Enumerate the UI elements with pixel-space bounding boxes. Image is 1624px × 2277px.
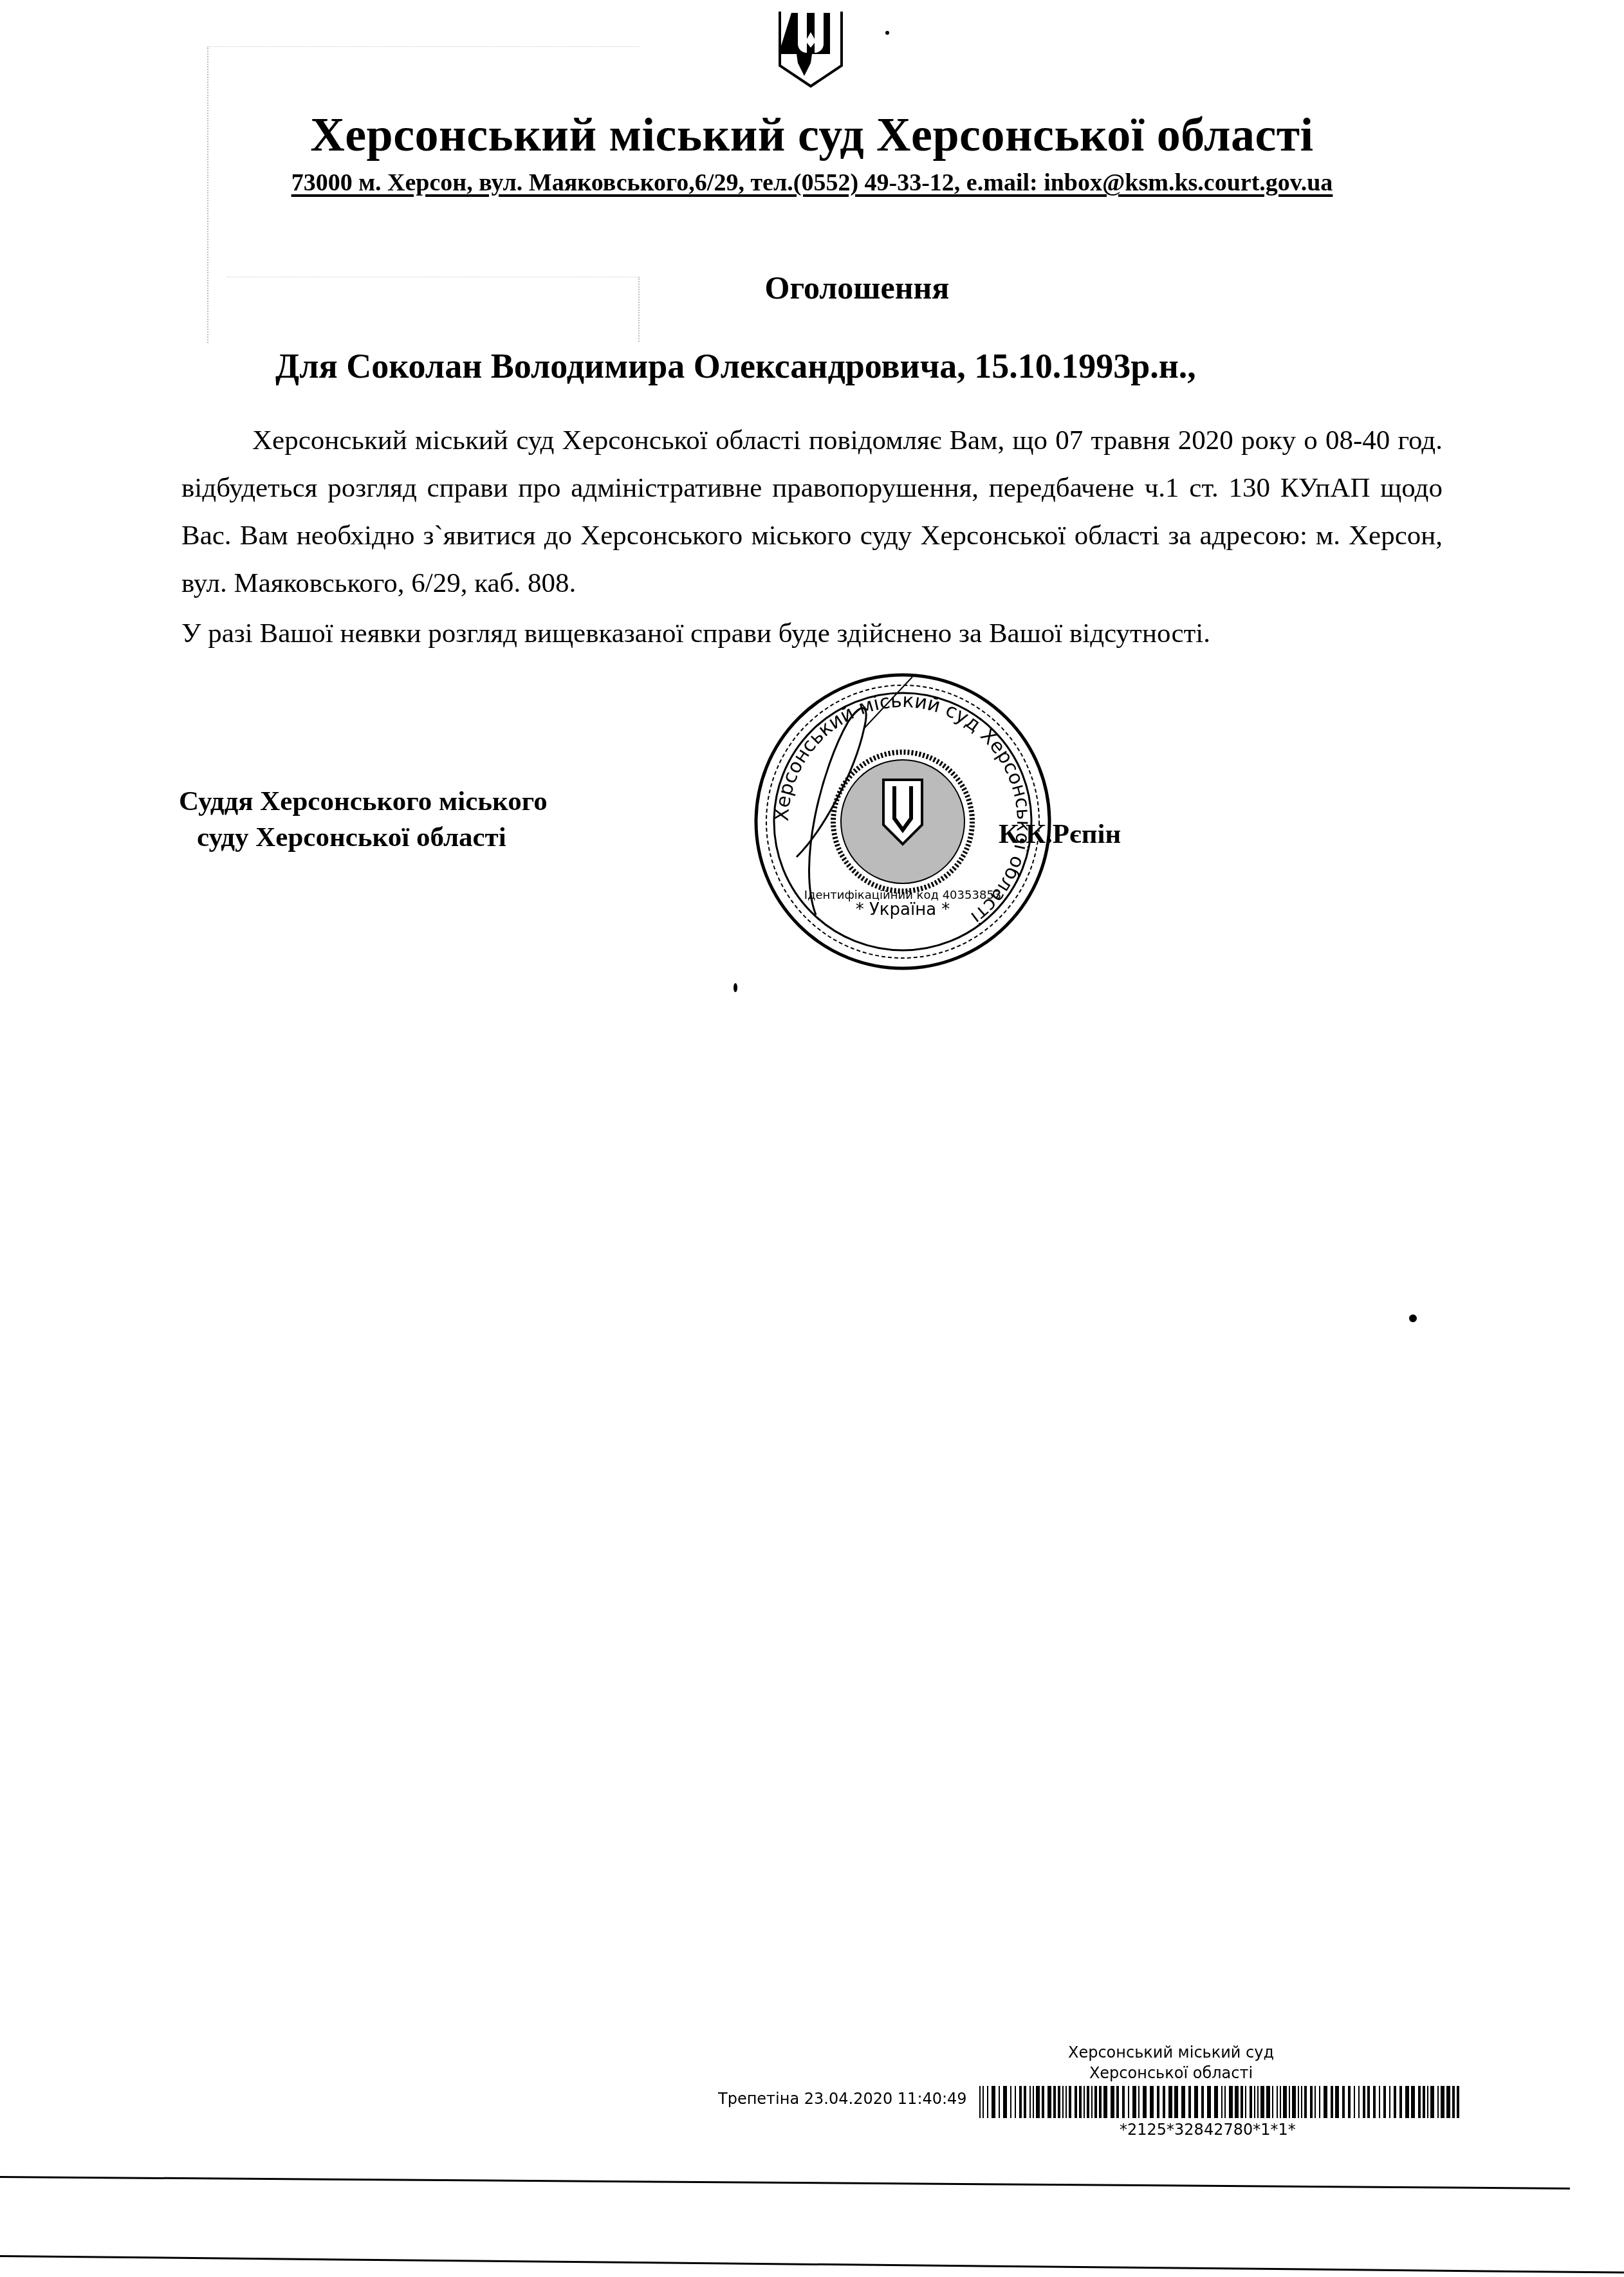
seal-inner-text: Ідентифікаційний код 40353853 bbox=[804, 889, 1002, 902]
scan-speck bbox=[734, 983, 737, 992]
judge-title-line1: Суддя Херсонського міського bbox=[179, 784, 548, 820]
notice-body: Херсонський міський суд Херсонської обла… bbox=[181, 417, 1443, 607]
notice-body-paragraph: Херсонський міський суд Херсонської обла… bbox=[181, 417, 1443, 607]
barcode bbox=[979, 2086, 1462, 2118]
recipient: Для Соколан Володимира Олександровича, 1… bbox=[275, 346, 1196, 386]
scan-speck bbox=[885, 31, 889, 35]
scan-edge-line bbox=[0, 2176, 1570, 2189]
barcode-number: *2125*32842780*1*1* bbox=[1120, 2121, 1296, 2139]
absence-warning: У разі Вашої неявки розгляд вищевказаної… bbox=[181, 618, 1210, 649]
notice-title: Оголошення bbox=[0, 269, 1624, 306]
judge-title-line2: суду Херсонської області bbox=[179, 820, 548, 856]
barcode-org-line1: Херсонський міський суд bbox=[1055, 2042, 1287, 2063]
registrar-timestamp: Трепетіна 23.04.2020 11:40:49 bbox=[718, 2090, 967, 2108]
scan-speck bbox=[1409, 1314, 1417, 1322]
court-address: 73000 м. Херсон, вул. Маяковського,6/29,… bbox=[0, 169, 1624, 197]
court-name: Херсонський міський суд Херсонської обла… bbox=[0, 108, 1624, 163]
ukraine-coat-of-arms-icon bbox=[772, 6, 849, 89]
barcode-org-line2: Херсонської області bbox=[1055, 2063, 1287, 2083]
judge-title: Суддя Херсонського міського суду Херсонс… bbox=[179, 784, 548, 856]
judge-name: К.К.Рєпін bbox=[999, 818, 1121, 850]
seal-bottom-text: * Україна * bbox=[856, 900, 950, 919]
scan-edge-line bbox=[0, 2255, 1624, 2274]
barcode-organization: Херсонський міський суд Херсонської обла… bbox=[1055, 2042, 1287, 2083]
